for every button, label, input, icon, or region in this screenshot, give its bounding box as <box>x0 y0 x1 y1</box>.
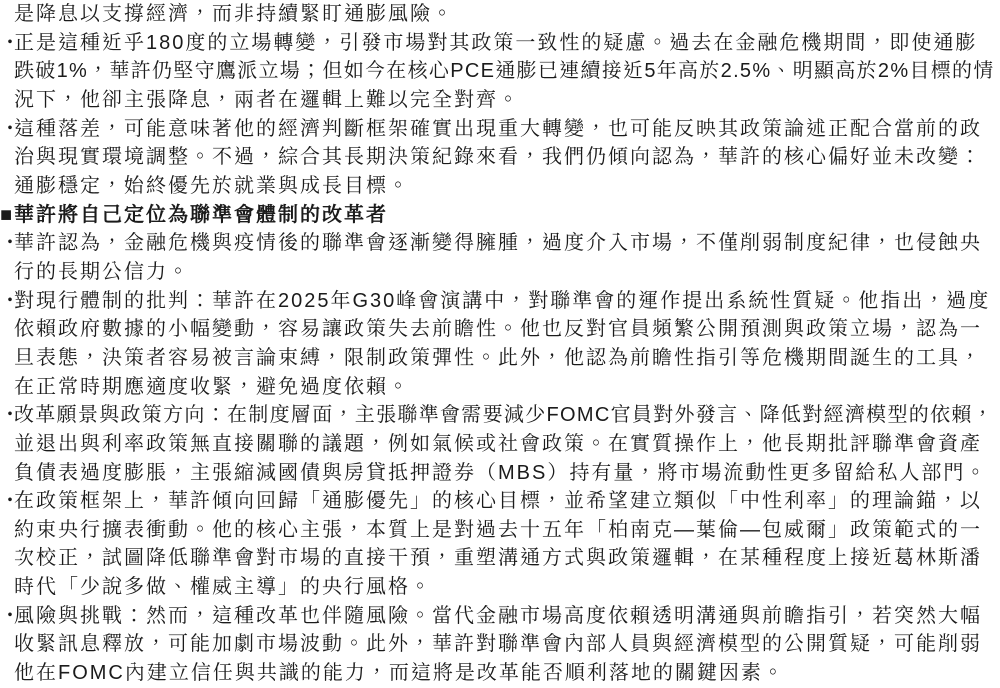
line-text: 治與現實環境調整。不過，綜合其長期決策紀錄來看，我們仍傾向認為，華許的核心偏好並… <box>14 143 982 172</box>
text-line: 約束央行擴表衝動。他的核心主張，本質上是對過去十五年「柏南克—葉倫—包威爾」政策… <box>14 516 1000 545</box>
line-text: 依賴政府數據的小幅變動，容易讓政策失去前瞻性。他也反對官員頻繁公開預測與政策立場… <box>14 315 982 344</box>
text-line: 是降息以支撐經濟，而非持續緊盯通膨風險。 <box>14 0 1000 29</box>
text-line: 行的長期公信力。 <box>14 258 1000 287</box>
text-line: 跌破1%，華許仍堅守鷹派立場；但如今在核心PCE通膨已連續接近5年高於2.5%、… <box>14 57 1000 86</box>
document-page: 是降息以支撐經濟，而非持續緊盯通膨風險。・正是這種近乎180度的立場轉變，引發市… <box>0 0 1000 688</box>
line-text: 這種落差，可能意味著他的經濟判斷框架確實出現重大轉變，也可能反映其政策論述正配合… <box>14 115 982 144</box>
line-text: 對現行體制的批判：華許在2025年G30峰會演講中，對聯準會的運作提出系統性質疑… <box>14 287 990 316</box>
line-text: 約束央行擴表衝動。他的核心主張，本質上是對過去十五年「柏南克—葉倫—包威爾」政策… <box>14 516 982 545</box>
line-text: 通膨穩定，始終優先於就業與成長目標。 <box>14 172 410 201</box>
text-line: ・這種落差，可能意味著他的經濟判斷框架確實出現重大轉變，也可能反映其政策論述正配… <box>14 115 1000 144</box>
line-text: 在政策框架上，華許傾向回歸「通膨優先」的核心目標，並希望建立類似「中性利率」的理… <box>14 487 982 516</box>
line-text: 旦表態，決策者容易被言論束縛，限制政策彈性。此外，他認為前瞻性指引等危機期間誕生… <box>14 344 982 373</box>
text-line: 負債表過度膨脹，主張縮減國債與房貸抵押證券（MBS）持有量，將市場流動性更多留給… <box>14 459 1000 488</box>
line-text: 次校正，試圖降低聯準會對市場的直接干預，重塑溝通方式與政策邏輯，在某種程度上接近… <box>14 544 982 573</box>
text-line: 治與現實環境調整。不過，綜合其長期決策紀錄來看，我們仍傾向認為，華許的核心偏好並… <box>14 143 1000 172</box>
text-line: 時代「少說多做、權威主導」的央行風格。 <box>14 573 1000 602</box>
section-heading-line: ■華許將自己定位為聯準會體制的改革者 <box>14 201 1000 230</box>
text-line: 並退出與利率政策無直接關聯的議題，例如氣候或社會政策。在實質操作上，他長期批評聯… <box>14 430 1000 459</box>
text-line: 收緊訊息釋放，可能加劇市場波動。此外，華許對聯準會內部人員與經濟模型的公開質疑，… <box>14 630 1000 659</box>
text-line: ・華許認為，金融危機與疫情後的聯準會逐漸變得臃腫，過度介入市場，不僅削弱制度紀律… <box>14 229 1000 258</box>
line-text: 收緊訊息釋放，可能加劇市場波動。此外，華許對聯準會內部人員與經濟模型的公開質疑，… <box>14 630 982 659</box>
text-line: ・正是這種近乎180度的立場轉變，引發市場對其政策一致性的疑慮。過去在金融危機期… <box>14 29 1000 58</box>
bullet-icon: ・ <box>0 229 14 258</box>
line-text: 並退出與利率政策無直接關聯的議題，例如氣候或社會政策。在實質操作上，他長期批評聯… <box>14 430 982 459</box>
text-line: 他在FOMC內建立信任與共識的能力，而這將是改革能否順利落地的關鍵因素。 <box>14 659 1000 688</box>
bullet-icon: ・ <box>0 287 14 316</box>
bullet-icon: ・ <box>0 115 14 144</box>
text-line: ・改革願景與政策方向：在制度層面，主張聯準會需要減少FOMC官員對外發言、降低對… <box>14 401 1000 430</box>
line-text: 行的長期公信力。 <box>14 258 190 287</box>
text-line: 旦表態，決策者容易被言論束縛，限制政策彈性。此外，他認為前瞻性指引等危機期間誕生… <box>14 344 1000 373</box>
line-text: 華許認為，金融危機與疫情後的聯準會逐漸變得臃腫，過度介入市場，不僅削弱制度紀律，… <box>14 229 982 258</box>
line-text: 正是這種近乎180度的立場轉變，引發市場對其政策一致性的疑慮。過去在金融危機期間… <box>14 29 977 58</box>
bullet-icon: ・ <box>0 602 14 631</box>
bullet-icon: ・ <box>0 401 14 430</box>
text-line: 依賴政府數據的小幅變動，容易讓政策失去前瞻性。他也反對官員頻繁公開預測與政策立場… <box>14 315 1000 344</box>
line-text: 風險與挑戰：然而，這種改革也伴隨風險。當代金融市場高度依賴透明溝通與前瞻指引，若… <box>14 602 982 631</box>
text-line: 次校正，試圖降低聯準會對市場的直接干預，重塑溝通方式與政策邏輯，在某種程度上接近… <box>14 544 1000 573</box>
line-text: 負債表過度膨脹，主張縮減國債與房貸抵押證券（MBS）持有量，將市場流動性更多留給… <box>14 459 987 488</box>
bullet-icon: ・ <box>0 487 14 516</box>
line-text: 是降息以支撐經濟，而非持續緊盯通膨風險。 <box>14 0 454 29</box>
line-text: 華許將自己定位為聯準會體制的改革者 <box>14 201 388 230</box>
text-line: 通膨穩定，始終優先於就業與成長目標。 <box>14 172 1000 201</box>
section-marker-icon: ■ <box>0 201 14 230</box>
line-text: 他在FOMC內建立信任與共識的能力，而這將是改革能否順利落地的關鍵因素。 <box>14 659 785 688</box>
line-text: 況下，他卻主張降息，兩者在邏輯上難以完全對齊。 <box>14 86 520 115</box>
text-line: 在正常時期應適度收緊，避免過度依賴。 <box>14 373 1000 402</box>
text-line: ・風險與挑戰：然而，這種改革也伴隨風險。當代金融市場高度依賴透明溝通與前瞻指引，… <box>14 602 1000 631</box>
line-text: 改革願景與政策方向：在制度層面，主張聯準會需要減少FOMC官員對外發言、降低對經… <box>14 401 994 430</box>
text-line: ・在政策框架上，華許傾向回歸「通膨優先」的核心目標，並希望建立類似「中性利率」的… <box>14 487 1000 516</box>
bullet-icon: ・ <box>0 29 14 58</box>
line-text: 在正常時期應適度收緊，避免過度依賴。 <box>14 373 410 402</box>
text-line: ・對現行體制的批判：華許在2025年G30峰會演講中，對聯準會的運作提出系統性質… <box>14 287 1000 316</box>
line-text: 跌破1%，華許仍堅守鷹派立場；但如今在核心PCE通膨已連續接近5年高於2.5%、… <box>14 57 995 86</box>
line-text: 時代「少說多做、權威主導」的央行風格。 <box>14 573 432 602</box>
text-line: 況下，他卻主張降息，兩者在邏輯上難以完全對齊。 <box>14 86 1000 115</box>
